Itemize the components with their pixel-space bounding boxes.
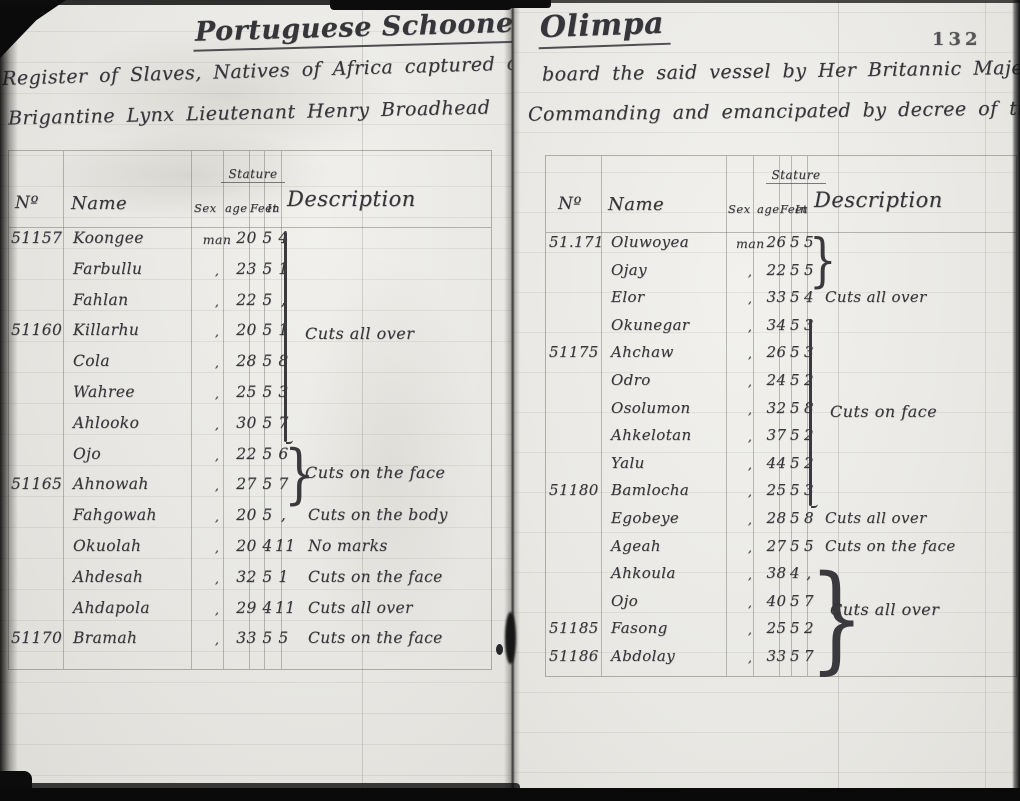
register-header-line-2: Brigantine Lynx Lieutenant Henry Broadhe… <box>8 97 491 130</box>
cell-sex: , <box>736 509 764 527</box>
cell-name: Okunegar <box>604 316 736 334</box>
ink-blot <box>496 644 503 655</box>
group-description: Cuts all over <box>830 600 939 619</box>
ledger-table: Stature Nº Name Sex age Feet In Descript… <box>545 155 1017 677</box>
column-header-sex: Sex <box>194 201 217 215</box>
cell-name: Bamlocha <box>604 481 736 499</box>
cell-sex: , <box>736 537 764 555</box>
cell-description: Cuts all over <box>292 599 491 617</box>
cell-age: 40 <box>764 592 789 610</box>
cell-sex: , <box>736 426 764 444</box>
table-row: 51180Bamlocha,2553 <box>546 481 1016 509</box>
cell-name: Ojo <box>604 592 736 610</box>
cell-age: 27 <box>764 537 789 555</box>
table-row: Ahdapola,29411Cuts all over <box>9 599 491 630</box>
cell-age: 20 <box>233 321 260 339</box>
cell-sex: , <box>736 619 764 637</box>
cell-name: Wahree <box>65 383 201 401</box>
cell-description: Cuts all over <box>817 288 1016 306</box>
cell-name: Ojo <box>65 445 201 463</box>
table-row: Okunegar,3453 <box>546 316 1016 344</box>
cell-sex: , <box>201 260 233 278</box>
cell-inch: 5 <box>275 629 292 647</box>
cell-feet: 5 <box>260 291 275 309</box>
cell-feet: 5 <box>789 537 801 555</box>
cell-inch: 8 <box>801 509 817 527</box>
cell-inch: 1 <box>275 568 292 586</box>
column-header-age: age <box>757 202 780 216</box>
cell-feet: 5 <box>789 288 801 306</box>
scan-edge-left <box>0 0 18 801</box>
scan-edge-bottom <box>0 788 1020 801</box>
table-row: Fahgowah,205,Cuts on the body <box>9 506 491 537</box>
cell-feet: 5 <box>260 260 275 278</box>
cell-feet: 5 <box>789 647 801 665</box>
cell-age: 25 <box>233 383 260 401</box>
cell-sex: , <box>201 445 233 463</box>
cell-name: Bramah <box>65 629 201 647</box>
cell-name: Fahlan <box>65 291 201 309</box>
column-header-description: Description <box>814 188 943 212</box>
cell-age: 23 <box>233 260 260 278</box>
cell-feet: 5 <box>260 352 275 370</box>
table-row: Ojay,2255 <box>546 261 1016 289</box>
table-row: 51185Fasong,2552 <box>546 619 1016 647</box>
cell-inch: 11 <box>275 599 292 617</box>
table-row: 51160Killarhu,2051 <box>9 321 491 352</box>
page-title: Portuguese Schooner <box>193 7 512 52</box>
register-header-line-1: Register of Slaves, Natives of Africa ca… <box>2 52 512 90</box>
cell-description: Cuts on the face <box>292 629 491 647</box>
cell-name: Osolumon <box>604 399 736 417</box>
page-number-stamp: 132 <box>932 29 982 50</box>
cell-age: 27 <box>233 475 260 493</box>
cell-sex: , <box>201 599 233 617</box>
cell-sex: , <box>201 629 233 647</box>
cell-age: 22 <box>233 291 260 309</box>
cell-name: Ahdapola <box>65 599 201 617</box>
table-row: Ahkoula,384, <box>546 564 1016 592</box>
brace-mark: } <box>809 567 821 671</box>
column-header-no: Nº <box>15 193 39 213</box>
cell-feet: 4 <box>260 537 275 555</box>
cell-name: Oluwoyea <box>604 233 736 251</box>
table-row: Farbullu,2351 <box>9 260 491 291</box>
cell-feet: 5 <box>260 383 275 401</box>
cell-feet: 5 <box>789 316 801 334</box>
table-row: Ahkelotan,3752 <box>546 426 1016 454</box>
cell-age: 33 <box>233 629 260 647</box>
cell-age: 28 <box>764 509 789 527</box>
table-row: Cola,2858 <box>9 352 491 383</box>
cell-age: 24 <box>764 371 789 389</box>
group-description: Cuts on face <box>830 402 937 421</box>
table-row: Ahdesah,3251Cuts on the face <box>9 568 491 599</box>
column-header-name: Name <box>608 194 664 215</box>
cell-sex: , <box>736 481 764 499</box>
cell-name: Ahkelotan <box>604 426 736 444</box>
table-row: Egobeye,2858Cuts all over <box>546 509 1016 537</box>
cell-feet: 5 <box>260 506 275 524</box>
page-title: Olimpa <box>537 6 670 50</box>
cell-age: 32 <box>764 399 789 417</box>
cell-age: 26 <box>764 233 789 251</box>
table-row: 51.171Oluwoyeaman2655 <box>546 233 1016 261</box>
cell-age: 22 <box>764 261 789 279</box>
group-description: Cuts on the face <box>305 463 445 482</box>
cell-name: Ahlooko <box>65 414 201 432</box>
cell-sex: , <box>736 592 764 610</box>
cell-sex: , <box>201 475 233 493</box>
left-page: Portuguese Schooner Register of Slaves, … <box>0 0 512 801</box>
cell-age: 34 <box>764 316 789 334</box>
cell-age: 28 <box>233 352 260 370</box>
cell-feet: 4 <box>789 564 801 582</box>
cell-sex: , <box>201 414 233 432</box>
cell-name: Abdolay <box>604 647 736 665</box>
cell-feet: 5 <box>789 592 801 610</box>
cell-sex: , <box>736 371 764 389</box>
table-row: Ojo,4057 <box>546 592 1016 620</box>
cell-sex: , <box>201 291 233 309</box>
table-row: Osolumon,3258 <box>546 399 1016 427</box>
cell-sex: , <box>736 564 764 582</box>
cell-feet: 5 <box>789 619 801 637</box>
cell-name: Ahnowah <box>65 475 201 493</box>
scan-edge-top <box>512 0 1020 3</box>
cell-no: 51186 <box>546 647 604 665</box>
cell-sex: , <box>201 321 233 339</box>
column-header-name: Name <box>71 193 127 214</box>
table-body: 51.171Oluwoyeaman2655Ojay,2255Elor,3354C… <box>546 233 1016 675</box>
register-header-line-1: board the said vessel by Her Britannic M… <box>542 56 1020 85</box>
cell-name: Cola <box>65 352 201 370</box>
cell-sex: , <box>736 343 764 361</box>
cell-age: 20 <box>233 229 260 247</box>
table-body: 51157Koongeeman2054Farbullu,2351Fahlan,2… <box>9 229 491 660</box>
column-header-sex: Sex <box>728 202 751 216</box>
cell-name: Ageah <box>604 537 736 555</box>
brace-mark: } <box>284 448 296 504</box>
column-header-description: Description <box>287 187 416 211</box>
cell-feet: 5 <box>789 371 801 389</box>
cell-age: 20 <box>233 506 260 524</box>
cell-name: Ahdesah <box>65 568 201 586</box>
cell-age: 30 <box>233 414 260 432</box>
cell-feet: 5 <box>260 568 275 586</box>
cell-no: 51.171 <box>546 233 604 251</box>
cell-age: 22 <box>233 445 260 463</box>
cell-name: Farbullu <box>65 260 201 278</box>
cell-sex: , <box>736 399 764 417</box>
cell-sex: , <box>201 383 233 401</box>
scanned-register-spread: Portuguese Schooner Register of Slaves, … <box>0 0 1020 801</box>
column-header-age: age <box>225 201 248 215</box>
cell-feet: 5 <box>789 426 801 444</box>
cell-name: Ahchaw <box>604 343 736 361</box>
right-page: Olimpa 132 board the said vessel by Her … <box>512 0 1020 801</box>
table-row: 51170Bramah,3355Cuts on the face <box>9 629 491 660</box>
cell-feet: 5 <box>789 261 801 279</box>
cell-age: 32 <box>233 568 260 586</box>
cell-age: 20 <box>233 537 260 555</box>
cell-feet: 5 <box>260 229 275 247</box>
cell-description: Cuts on the body <box>292 506 491 524</box>
cell-age: 29 <box>233 599 260 617</box>
register-header-line-2: Commanding and emancipated by decree of … <box>528 96 1020 125</box>
cell-feet: 5 <box>260 445 275 463</box>
cell-age: 33 <box>764 647 789 665</box>
scan-edge-top <box>330 0 512 10</box>
table-row: Ahlooko,3057 <box>9 414 491 445</box>
cell-feet: 5 <box>260 629 275 647</box>
table-row: Okuolah,20411No marks <box>9 537 491 568</box>
cell-sex: , <box>736 288 764 306</box>
cell-age: 37 <box>764 426 789 444</box>
cell-name: Elor <box>604 288 736 306</box>
cell-description: No marks <box>292 537 491 555</box>
table-row: 51175Ahchaw,2653 <box>546 343 1016 371</box>
ledger-table: Stature Nº Name Sex age Feet In Descript… <box>8 150 492 670</box>
cell-sex: , <box>736 454 764 472</box>
cell-name: Ahkoula <box>604 564 736 582</box>
book-gutter-shadow <box>504 0 520 801</box>
cell-description: Cuts on the face <box>292 568 491 586</box>
table-row: Fahlan,225, <box>9 291 491 322</box>
cell-feet: 5 <box>789 509 801 527</box>
cell-no: 51185 <box>546 619 604 637</box>
cell-age: 44 <box>764 454 789 472</box>
gutter-ink-blot <box>505 612 516 664</box>
cell-sex: man <box>201 229 233 247</box>
column-header-inches: In <box>267 201 280 215</box>
cell-no: 51175 <box>546 343 604 361</box>
table-row: 51186Abdolay,3357 <box>546 647 1016 675</box>
cell-name: Fahgowah <box>65 506 201 524</box>
table-row: Yalu,4452 <box>546 454 1016 482</box>
cell-name: Fasong <box>604 619 736 637</box>
cell-feet: 5 <box>260 475 275 493</box>
stature-column-header: Stature <box>766 168 826 184</box>
cell-sex: , <box>201 352 233 370</box>
cell-sex: , <box>201 568 233 586</box>
cell-age: 26 <box>764 343 789 361</box>
table-row: Odro,2452 <box>546 371 1016 399</box>
cell-sex: , <box>201 537 233 555</box>
column-header-no: Nº <box>558 194 582 214</box>
cell-feet: 5 <box>260 321 275 339</box>
bracket-mark <box>809 319 812 506</box>
cell-feet: 5 <box>260 414 275 432</box>
cell-sex: man <box>736 233 764 251</box>
cell-age: 33 <box>764 288 789 306</box>
cell-age: 38 <box>764 564 789 582</box>
table-row: Wahree,2553 <box>9 383 491 414</box>
cell-description: Cuts all over <box>817 509 1016 527</box>
cell-no: 51180 <box>546 481 604 499</box>
cell-feet: 5 <box>789 343 801 361</box>
stature-column-header: Stature <box>221 167 285 183</box>
cell-name: Koongee <box>65 229 201 247</box>
cell-inch: 11 <box>275 537 292 555</box>
cell-sex: , <box>736 316 764 334</box>
column-header-inches: In <box>795 202 808 216</box>
cell-sex: , <box>201 506 233 524</box>
table-row: Elor,3354Cuts all over <box>546 288 1016 316</box>
cell-age: 25 <box>764 619 789 637</box>
cell-feet: 5 <box>789 481 801 499</box>
table-row: Ageah,2755Cuts on the face <box>546 537 1016 565</box>
cell-name: Ojay <box>604 261 736 279</box>
cell-name: Egobeye <box>604 509 736 527</box>
table-row: 51157Koongeeman2054 <box>9 229 491 260</box>
cell-feet: 5 <box>789 454 801 472</box>
cell-age: 25 <box>764 481 789 499</box>
header-divider-rule <box>9 227 491 228</box>
brace-mark: } <box>809 236 821 285</box>
cell-name: Odro <box>604 371 736 389</box>
cell-feet: 5 <box>789 233 801 251</box>
cell-sex: , <box>736 261 764 279</box>
cell-name: Killarhu <box>65 321 201 339</box>
cell-name: Yalu <box>604 454 736 472</box>
cell-sex: , <box>736 647 764 665</box>
cell-feet: 5 <box>789 399 801 417</box>
scan-edge-right <box>1012 0 1020 801</box>
cell-feet: 4 <box>260 599 275 617</box>
cell-name: Okuolah <box>65 537 201 555</box>
group-description: Cuts all over <box>305 324 414 343</box>
bracket-mark <box>284 232 287 442</box>
